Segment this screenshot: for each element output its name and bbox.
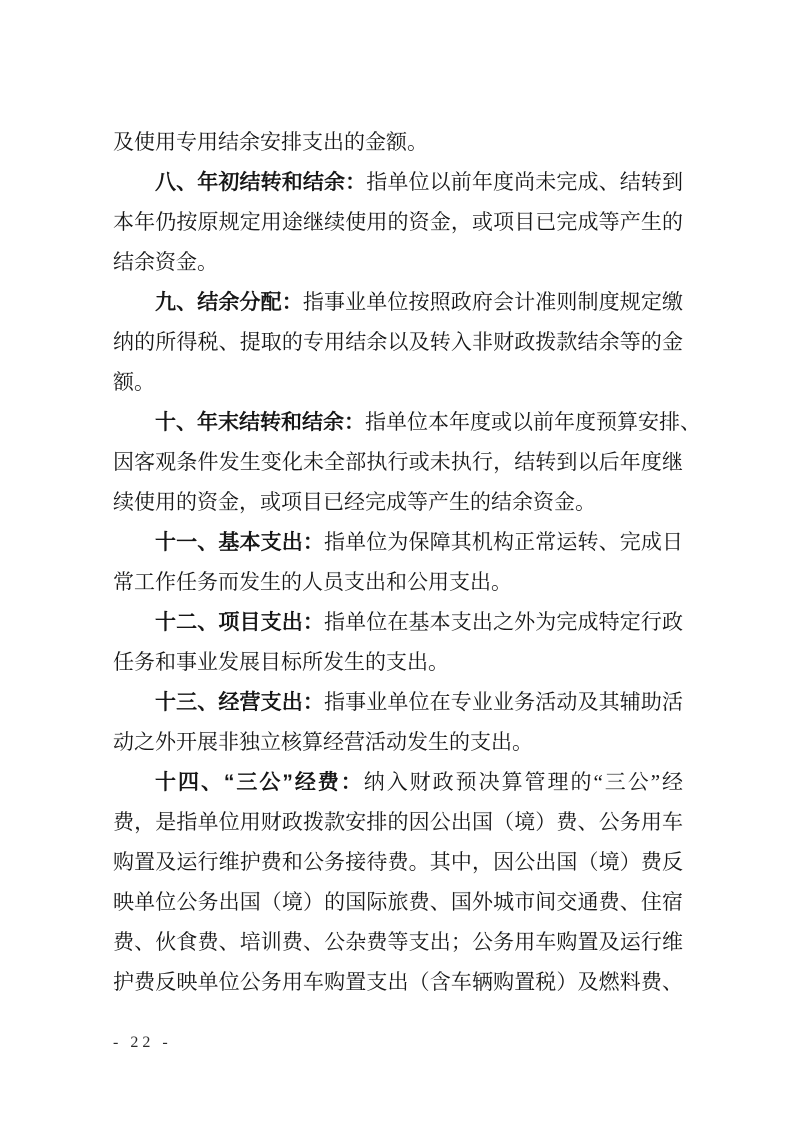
text-line: 常工作任务而发生的人员支出和公用支出。 bbox=[113, 562, 683, 602]
document-body: 及使用专用结余安排支出的金额。 八、年初结转和结余：指单位以前年度尚未完成、结转… bbox=[113, 122, 683, 1002]
body-text: 指单位在基本支出之外为完成特定行政 bbox=[324, 610, 683, 634]
text-line: 购置及运行维护费和公务接待费。其中，因公出国（境）费反 bbox=[113, 842, 683, 882]
body-text: 本年仍按原规定用途继续使用的资金，或项目已完成等产生的 bbox=[113, 210, 683, 234]
body-text: 续使用的资金，或项目已经完成等产生的结余资金。 bbox=[113, 490, 596, 514]
term-heading: 十三、经营支出： bbox=[155, 691, 324, 714]
term-heading: 十一、基本支出： bbox=[155, 531, 324, 554]
page-number: - 22 - bbox=[113, 1034, 172, 1051]
body-text: 任务和事业发展目标所发生的支出。 bbox=[113, 650, 449, 674]
text-line: 费，是指单位用财政拨款安排的因公出国（境）费、公务用车 bbox=[113, 802, 683, 842]
text-line: 续使用的资金，或项目已经完成等产生的结余资金。 bbox=[113, 482, 683, 522]
text-line: 额。 bbox=[113, 362, 683, 402]
text-line: 费、伙食费、培训费、公杂费等支出；公务用车购置及运行维 bbox=[113, 922, 683, 962]
text-line: 十二、项目支出：指单位在基本支出之外为完成特定行政 bbox=[113, 602, 683, 642]
body-text: 及使用专用结余安排支出的金额。 bbox=[113, 130, 428, 154]
term-heading: 十、年末结转和结余： bbox=[155, 411, 365, 434]
body-text: 指事业单位按照政府会计准则制度规定缴 bbox=[303, 290, 683, 314]
text-line: 纳的所得税、提取的专用结余以及转入非财政拨款结余等的金 bbox=[113, 322, 683, 362]
term-heading: 十四、“三公”经费： bbox=[155, 771, 364, 794]
body-text: 映单位公务出国（境）的国际旅费、国外城市间交通费、住宿 bbox=[113, 890, 683, 914]
body-text: 指事业单位在专业业务活动及其辅助活 bbox=[324, 690, 683, 714]
text-line: 九、结余分配：指事业单位按照政府会计准则制度规定缴 bbox=[113, 282, 683, 322]
text-line: 及使用专用结余安排支出的金额。 bbox=[113, 122, 683, 162]
text-line: 本年仍按原规定用途继续使用的资金，或项目已完成等产生的 bbox=[113, 202, 683, 242]
body-text: 费、伙食费、培训费、公杂费等支出；公务用车购置及运行维 bbox=[113, 930, 683, 954]
text-line: 护费反映单位公务用车购置支出（含车辆购置税）及燃料费、 bbox=[113, 962, 683, 1002]
body-text: 纳入财政预决算管理的“三公”经 bbox=[364, 770, 683, 794]
body-text: 常工作任务而发生的人员支出和公用支出。 bbox=[113, 570, 512, 594]
text-line: 十一、基本支出：指单位为保障其机构正常运转、完成日 bbox=[113, 522, 683, 562]
text-line: 十四、“三公”经费：纳入财政预决算管理的“三公”经 bbox=[113, 762, 683, 802]
text-line: 因客观条件发生变化未全部执行或未执行，结转到以后年度继 bbox=[113, 442, 683, 482]
body-text: 动之外开展非独立核算经营活动发生的支出。 bbox=[113, 730, 533, 754]
body-text: 指单位本年度或以前年度预算安排、 bbox=[365, 410, 701, 434]
body-text: 指单位为保障其机构正常运转、完成日 bbox=[324, 530, 683, 554]
body-text: 护费反映单位公务用车购置支出（含车辆购置税）及燃料费、 bbox=[113, 970, 683, 994]
page-footer: - 22 - bbox=[113, 1031, 172, 1055]
term-heading: 九、结余分配： bbox=[155, 291, 303, 314]
text-line: 任务和事业发展目标所发生的支出。 bbox=[113, 642, 683, 682]
text-line: 十、年末结转和结余：指单位本年度或以前年度预算安排、 bbox=[113, 402, 683, 442]
text-line: 十三、经营支出：指事业单位在专业业务活动及其辅助活 bbox=[113, 682, 683, 722]
term-heading: 八、年初结转和结余： bbox=[155, 171, 366, 194]
body-text: 购置及运行维护费和公务接待费。其中，因公出国（境）费反 bbox=[113, 850, 683, 874]
text-line: 动之外开展非独立核算经营活动发生的支出。 bbox=[113, 722, 683, 762]
text-line: 结余资金。 bbox=[113, 242, 683, 282]
body-text: 因客观条件发生变化未全部执行或未执行，结转到以后年度继 bbox=[113, 450, 683, 474]
term-heading: 十二、项目支出： bbox=[155, 611, 324, 634]
text-line: 映单位公务出国（境）的国际旅费、国外城市间交通费、住宿 bbox=[113, 882, 683, 922]
text-line: 八、年初结转和结余：指单位以前年度尚未完成、结转到 bbox=[113, 162, 683, 202]
document-page: 及使用专用结余安排支出的金额。 八、年初结转和结余：指单位以前年度尚未完成、结转… bbox=[0, 0, 793, 1122]
body-text: 费，是指单位用财政拨款安排的因公出国（境）费、公务用车 bbox=[113, 810, 683, 834]
body-text: 纳的所得税、提取的专用结余以及转入非财政拨款结余等的金 bbox=[113, 330, 683, 354]
body-text: 指单位以前年度尚未完成、结转到 bbox=[366, 170, 683, 194]
body-text: 额。 bbox=[113, 370, 155, 394]
body-text: 结余资金。 bbox=[113, 250, 218, 274]
